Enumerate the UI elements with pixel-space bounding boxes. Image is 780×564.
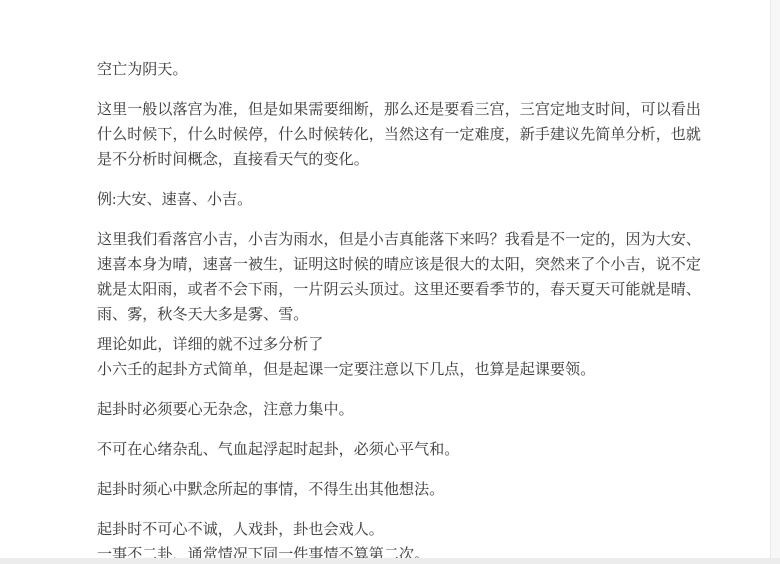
paragraph: 起卦时必须要心无杂念，注意力集中。 — [97, 398, 691, 423]
text-line: 空亡为阴天。 — [97, 58, 691, 83]
paragraph: 这里一般以落宫为准，但是如果需要细断，那么还是要看三宫，三宫定地支时间，可以看出… — [97, 98, 691, 173]
paragraph: 起卦时须心中默念所起的事情，不得生出其他想法。 — [97, 478, 691, 503]
paragraph: 例:大安、速喜、小吉。 — [97, 188, 691, 213]
text-line: 就是太阳雨，或者不会下雨，一片阴云头顶过。这里还要看季节的，春天夏天可能就是晴、 — [97, 278, 691, 303]
page-right-edge — [770, 0, 780, 564]
text-line: 不可在心绪杂乱、气血起浮起时起卦，必须心平气和。 — [97, 438, 691, 463]
text-line: 例:大安、速喜、小吉。 — [97, 188, 691, 213]
page-bottom-edge — [0, 558, 780, 564]
text-line: 是不分析时间概念，直接看天气的变化。 — [97, 148, 691, 173]
text-line: 起卦时不可心不诚，人戏卦，卦也会戏人。 — [97, 518, 691, 543]
text-line: 这里一般以落宫为准，但是如果需要细断，那么还是要看三宫，三宫定地支时间，可以看出 — [97, 98, 691, 123]
text-line: 这里我们看落宫小吉，小吉为雨水，但是小吉真能落下来吗？我看是不一定的，因为大安、 — [97, 228, 691, 253]
text-line: 起卦时须心中默念所起的事情，不得生出其他想法。 — [97, 478, 691, 503]
paragraph: 理论如此，详细的就不过多分析了小六壬的起卦方式简单，但是起课一定要注意以下几点，… — [97, 333, 691, 383]
paragraph: 空亡为阴天。 — [97, 58, 691, 83]
document-page: 空亡为阴天。这里一般以落宫为准，但是如果需要细断，那么还是要看三宫，三宫定地支时… — [0, 0, 780, 564]
paragraph: 这里我们看落宫小吉，小吉为雨水，但是小吉真能落下来吗？我看是不一定的，因为大安、… — [97, 228, 691, 328]
text-line: 小六壬的起卦方式简单，但是起课一定要注意以下几点，也算是起课要领。 — [97, 358, 691, 383]
text-line: 什么时候下，什么时候停，什么时候转化，当然这有一定难度，新手建议先简单分析，也就 — [97, 123, 691, 148]
text-line: 起卦时必须要心无杂念，注意力集中。 — [97, 398, 691, 423]
text-line: 雨、雾，秋冬天大多是雾、雪。 — [97, 303, 691, 328]
text-line: 理论如此，详细的就不过多分析了 — [97, 333, 691, 358]
text-body: 空亡为阴天。这里一般以落宫为准，但是如果需要细断，那么还是要看三宫，三宫定地支时… — [97, 58, 691, 564]
text-line: 速喜本身为晴，速喜一被生，证明这时候的晴应该是很大的太阳，突然来了个小吉，说不定 — [97, 253, 691, 278]
paragraph: 不可在心绪杂乱、气血起浮起时起卦，必须心平气和。 — [97, 438, 691, 463]
